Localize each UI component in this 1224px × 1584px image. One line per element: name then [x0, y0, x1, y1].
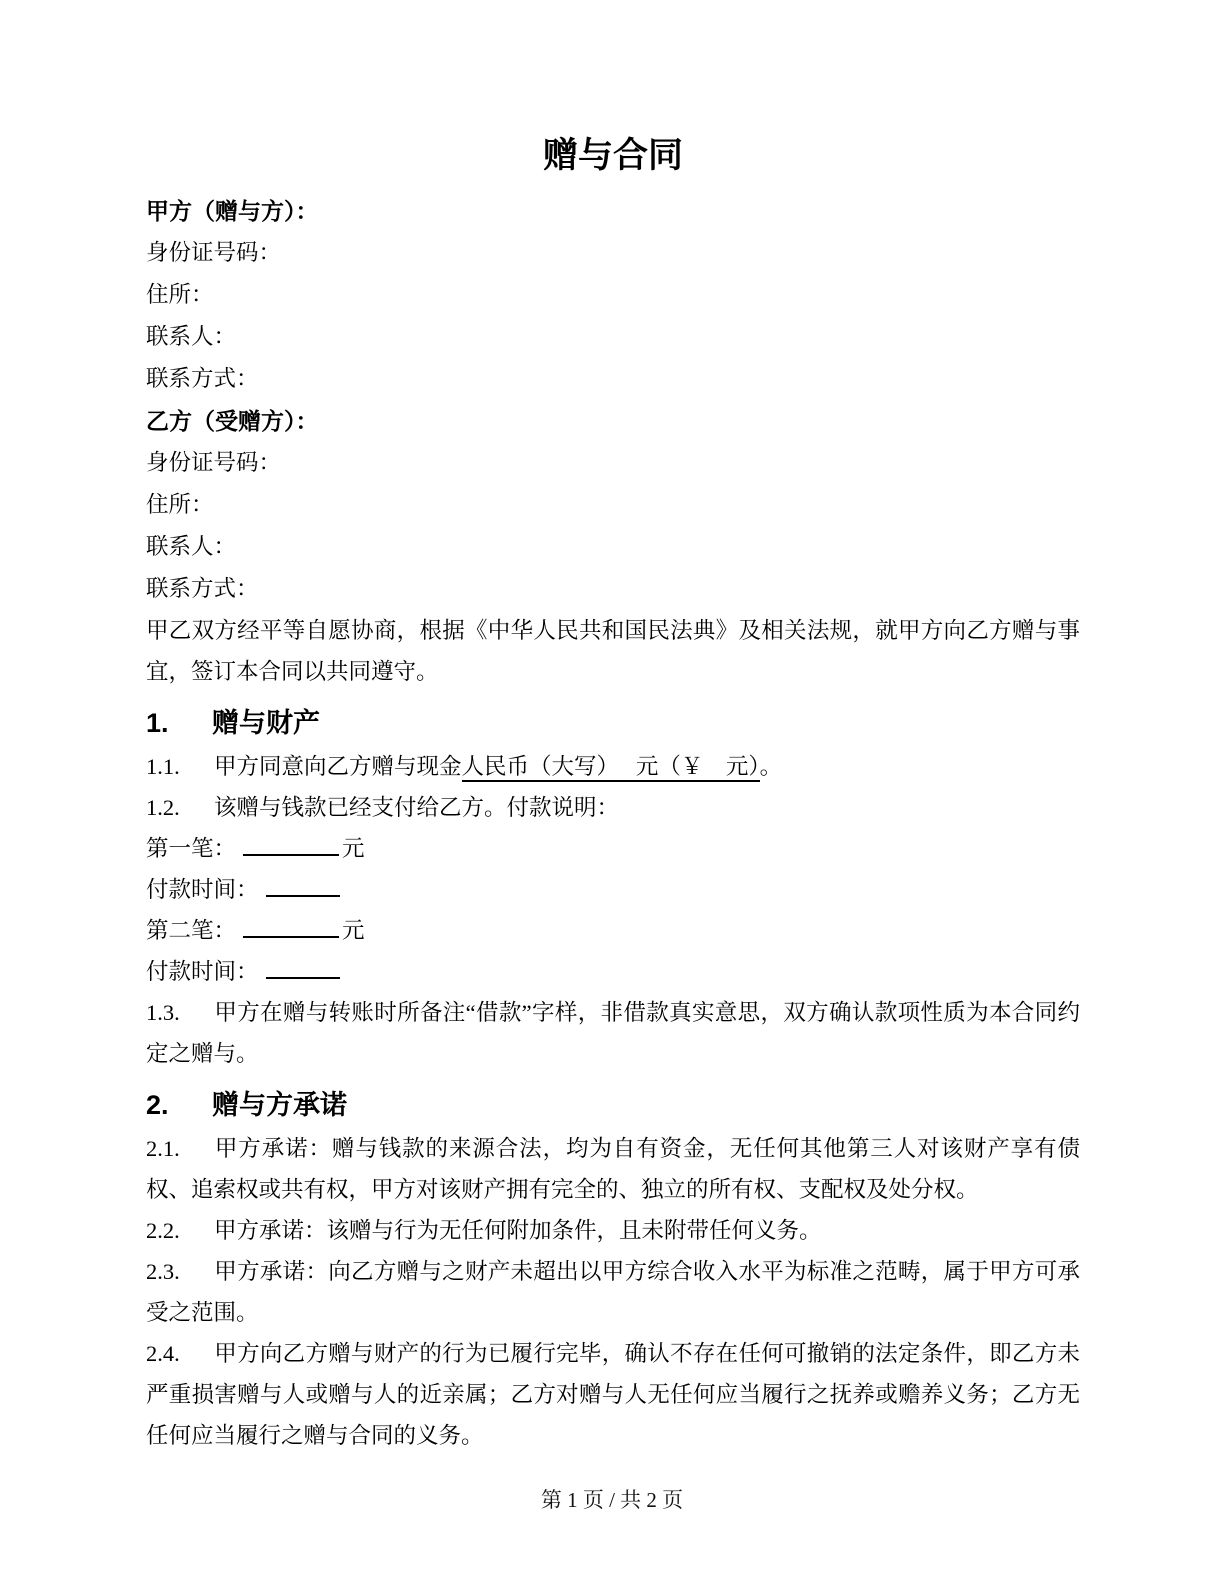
intro-paragraph: 甲乙双方经平等自愿协商，根据《中华人民共和国民法典》及相关法规，就甲方向乙方赠与…	[146, 610, 1080, 692]
clause-1-1-text: 甲方同意向乙方赠与现金	[214, 754, 462, 779]
party-b-block: 乙方（受赠方）： 身份证号码： 住所： 联系人： 联系方式：	[146, 400, 1080, 610]
clause-2-2-text: 甲方承诺：该赠与行为无任何附加条件，且未附带任何义务。	[214, 1218, 822, 1243]
party-a-contact-label: 联系人：	[146, 316, 1080, 358]
clause-1-3: 1.3.甲方在赠与转账时所备注“借款”字样，非借款真实意思，双方确认款项性质为本…	[146, 992, 1080, 1074]
section-1-number: 1.	[146, 700, 212, 746]
payment-line-1: 第一笔：元	[146, 828, 1080, 869]
party-a-address-label: 住所：	[146, 274, 1080, 316]
clause-1-2: 1.2.该赠与钱款已经支付给乙方。付款说明：	[146, 787, 1080, 828]
section-1-title: 赠与财产	[212, 708, 320, 738]
party-a-block: 甲方（赠与方）： 身份证号码： 住所： 联系人： 联系方式：	[146, 190, 1080, 400]
page-number: 第 1 页 / 共 2 页	[0, 1484, 1224, 1514]
payment-1-label: 第一笔：	[146, 836, 236, 861]
clause-2-3-number: 2.3.	[146, 1251, 214, 1292]
section-2-title: 赠与方承诺	[212, 1090, 347, 1120]
clause-1-1-period: 。	[760, 754, 783, 779]
clause-2-2: 2.2.甲方承诺：该赠与行为无任何附加条件，且未附带任何义务。	[146, 1210, 1080, 1251]
payment-1-date-label: 付款时间：	[146, 877, 259, 902]
clause-2-3-text: 甲方承诺：向乙方赠与之财产未超出以甲方综合收入水平为标准之范畴，属于甲方可承受之…	[146, 1259, 1080, 1325]
clause-2-4-text: 甲方向乙方赠与财产的行为已履行完毕，确认不存在任何可撤销的法定条件，即乙方未严重…	[146, 1341, 1080, 1448]
clause-2-3: 2.3.甲方承诺：向乙方赠与之财产未超出以甲方综合收入水平为标准之范畴，属于甲方…	[146, 1251, 1080, 1333]
payment-2-amount-blank	[243, 912, 339, 938]
section-1-heading: 1.赠与财产	[146, 700, 1080, 746]
payment-2-date-label: 付款时间：	[146, 959, 259, 984]
party-b-contact-label: 联系人：	[146, 526, 1080, 568]
clause-1-1-number: 1.1.	[146, 746, 214, 787]
page-title: 赠与合同	[146, 130, 1080, 182]
clause-1-2-number: 1.2.	[146, 787, 214, 828]
party-b-heading: 乙方（受赠方）：	[146, 400, 1080, 442]
clause-1-1: 1.1.甲方同意向乙方赠与现金人民币（大写） 元（￥ 元）。	[146, 746, 1080, 787]
party-a-phone-label: 联系方式：	[146, 358, 1080, 400]
party-a-heading: 甲方（赠与方）：	[146, 190, 1080, 232]
section-2-number: 2.	[146, 1082, 212, 1128]
payment-1-unit: 元	[342, 836, 365, 861]
payment-1-amount-blank	[243, 830, 339, 856]
payment-2-date-blank	[266, 953, 340, 979]
payment-line-3: 第二笔：元	[146, 910, 1080, 951]
clause-2-1-number: 2.1.	[146, 1128, 214, 1169]
party-b-phone-label: 联系方式：	[146, 568, 1080, 610]
gift-amount-blank: 人民币（大写） 元（￥ 元）	[462, 754, 760, 782]
payment-line-2: 付款时间：	[146, 869, 1080, 910]
clause-2-1-text: 甲方承诺：赠与钱款的来源合法，均为自有资金，无任何其他第三人对该财产享有债权、追…	[146, 1136, 1080, 1202]
clause-2-4: 2.4.甲方向乙方赠与财产的行为已履行完毕，确认不存在任何可撤销的法定条件，即乙…	[146, 1333, 1080, 1456]
party-b-address-label: 住所：	[146, 484, 1080, 526]
party-b-id-label: 身份证号码：	[146, 442, 1080, 484]
contract-page: 赠与合同 甲方（赠与方）： 身份证号码： 住所： 联系人： 联系方式： 乙方（受…	[0, 0, 1224, 1584]
payment-2-label: 第二笔：	[146, 918, 236, 943]
party-a-id-label: 身份证号码：	[146, 232, 1080, 274]
clause-1-2-text: 该赠与钱款已经支付给乙方。付款说明：	[214, 795, 619, 820]
clause-2-2-number: 2.2.	[146, 1210, 214, 1251]
payment-line-4: 付款时间：	[146, 951, 1080, 992]
payment-1-date-blank	[266, 871, 340, 897]
payment-2-unit: 元	[342, 918, 365, 943]
clause-1-3-text: 甲方在赠与转账时所备注“借款”字样，非借款真实意思，双方确认款项性质为本合同约定…	[146, 1000, 1080, 1066]
section-2-heading: 2.赠与方承诺	[146, 1082, 1080, 1128]
clause-1-3-number: 1.3.	[146, 992, 214, 1033]
clause-2-4-number: 2.4.	[146, 1333, 214, 1374]
clause-2-1: 2.1.甲方承诺：赠与钱款的来源合法，均为自有资金，无任何其他第三人对该财产享有…	[146, 1128, 1080, 1210]
